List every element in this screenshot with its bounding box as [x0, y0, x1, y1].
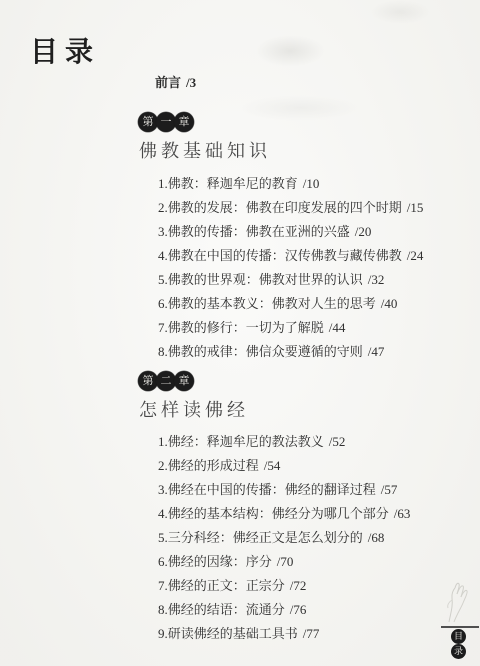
toc-entry-label: 4.佛教在中国的传播：汉传佛教与藏传佛教	[158, 248, 402, 263]
toc-entry-label: 8.佛经的结语：流通分	[158, 602, 285, 617]
toc-entry: 9.研读佛经的基础工具书/77	[158, 622, 410, 646]
scan-smudge	[240, 95, 360, 121]
toc-entry-label: 8.佛教的戒律：佛信众要遵循的守则	[158, 344, 363, 359]
toc-entry-page: /47	[368, 344, 385, 359]
toc-entry: 1.佛经：释迦牟尼的教法教义/52	[158, 430, 410, 454]
toc-entry-label: 3.佛经在中国的传播：佛经的翻译过程	[158, 482, 376, 497]
edge-tab-char: 目	[451, 629, 466, 644]
toc-entry-page: /63	[394, 506, 411, 521]
preface-label: 前言	[155, 75, 181, 90]
toc-entry-label: 1.佛经：释迦牟尼的教法教义	[158, 434, 324, 449]
toc-entry-page: /20	[355, 224, 372, 239]
chapter-2-toc-list: 1.佛经：释迦牟尼的教法教义/52 2.佛经的形成过程/54 3.佛经在中国的传…	[158, 430, 410, 646]
badge-char: 章	[174, 112, 194, 132]
toc-entry-label: 7.佛经的正文：正宗分	[158, 578, 285, 593]
chapter-1-badge: 第 一 章	[138, 112, 192, 132]
toc-entry-label: 1.佛教：释迦牟尼的教育	[158, 176, 298, 191]
toc-entry-page: /57	[381, 482, 398, 497]
toc-entry-page: /15	[407, 200, 424, 215]
preface-entry: 前言/3	[155, 72, 196, 91]
hand-sketch-icon	[441, 578, 473, 624]
toc-entry-page: /32	[368, 272, 385, 287]
toc-entry: 6.佛教的基本教义：佛教对人生的思考/40	[158, 292, 423, 316]
toc-entry: 1.佛教：释迦牟尼的教育/10	[158, 172, 423, 196]
toc-entry: 3.佛经在中国的传播：佛经的翻译过程/57	[158, 478, 410, 502]
toc-entry-page: /52	[329, 434, 346, 449]
chapter-2-badge: 第 二 章	[138, 371, 192, 391]
chapter-2-title: 怎样读佛经	[139, 396, 249, 422]
toc-entry: 3.佛教的传播：佛教在亚洲的兴盛/20	[158, 220, 423, 244]
toc-entry: 2.佛教的发展：佛教在印度发展的四个时期/15	[158, 196, 423, 220]
badge-char: 章	[174, 371, 194, 391]
page-title: 目录	[30, 30, 100, 70]
toc-entry-page: /10	[303, 176, 320, 191]
badge-char: 第	[138, 371, 158, 391]
toc-entry: 2.佛经的形成过程/54	[158, 454, 410, 478]
toc-entry-page: /24	[407, 248, 424, 263]
toc-entry-label: 6.佛经的因缘：序分	[158, 554, 272, 569]
toc-entry-page: /68	[368, 530, 385, 545]
badge-char: 第	[138, 112, 158, 132]
toc-entry: 5.佛教的世界观：佛教对世界的认识/32	[158, 268, 423, 292]
toc-entry-page: /40	[381, 296, 398, 311]
toc-entry: 7.佛经的正文：正宗分/72	[158, 574, 410, 598]
toc-entry-label: 3.佛教的传播：佛教在亚洲的兴盛	[158, 224, 350, 239]
scan-smudge	[255, 35, 325, 67]
preface-page-number: /3	[186, 75, 196, 90]
toc-entry-page: /70	[277, 554, 294, 569]
toc-entry-label: 2.佛教的发展：佛教在印度发展的四个时期	[158, 200, 402, 215]
scan-smudge	[370, 0, 430, 24]
toc-entry: 8.佛教的戒律：佛信众要遵循的守则/47	[158, 340, 423, 364]
toc-entry-page: /72	[290, 578, 307, 593]
toc-entry: 4.佛经的基本结构：佛经分为哪几个部分/63	[158, 502, 410, 526]
toc-entry: 8.佛经的结语：流通分/76	[158, 598, 410, 622]
toc-entry: 4.佛教在中国的传播：汉传佛教与藏传佛教/24	[158, 244, 423, 268]
toc-entry-page: /77	[303, 626, 320, 641]
chapter-1-title: 佛教基础知识	[139, 137, 271, 163]
toc-entry-label: 5.佛教的世界观：佛教对世界的认识	[158, 272, 363, 287]
toc-entry-label: 9.研读佛经的基础工具书	[158, 626, 298, 641]
badge-char: 一	[156, 112, 176, 132]
edge-tab-char: 录	[451, 644, 466, 659]
badge-char: 二	[156, 371, 176, 391]
toc-entry-label: 6.佛教的基本教义：佛教对人生的思考	[158, 296, 376, 311]
toc-entry-page: /44	[329, 320, 346, 335]
edge-tab-rule	[441, 626, 479, 628]
toc-page: 目录 前言/3 第 一 章 佛教基础知识 1.佛教：释迦牟尼的教育/10 2.佛…	[0, 0, 480, 666]
toc-entry-page: /54	[264, 458, 281, 473]
toc-entry-label: 5.三分科经：佛经正文是怎么划分的	[158, 530, 363, 545]
toc-entry-page: /76	[290, 602, 307, 617]
toc-entry-label: 2.佛经的形成过程	[158, 458, 259, 473]
toc-entry-label: 4.佛经的基本结构：佛经分为哪几个部分	[158, 506, 389, 521]
chapter-1-toc-list: 1.佛教：释迦牟尼的教育/10 2.佛教的发展：佛教在印度发展的四个时期/15 …	[158, 172, 423, 364]
toc-entry: 5.三分科经：佛经正文是怎么划分的/68	[158, 526, 410, 550]
toc-entry: 7.佛教的修行：一切为了解脱/44	[158, 316, 423, 340]
edge-tab-toc: 目 录	[451, 629, 466, 659]
toc-entry-label: 7.佛教的修行：一切为了解脱	[158, 320, 324, 335]
toc-entry: 6.佛经的因缘：序分/70	[158, 550, 410, 574]
